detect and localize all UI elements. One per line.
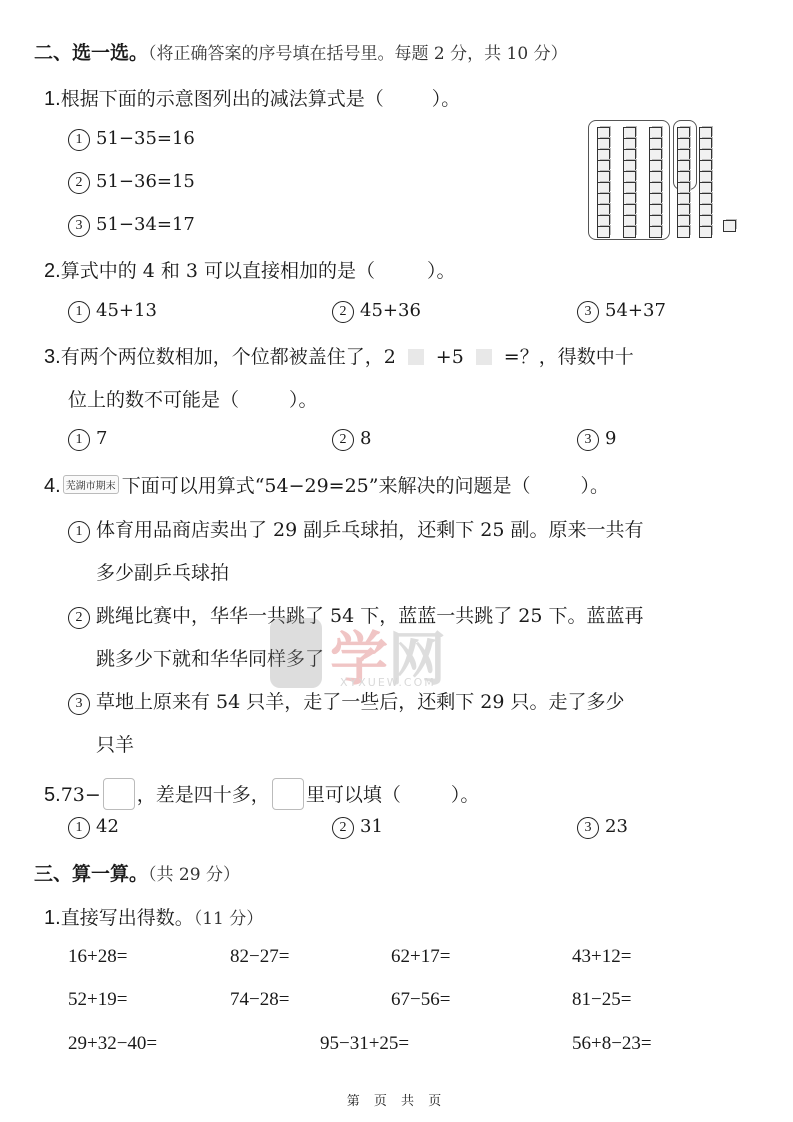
q5-option-3[interactable]: 323 — [577, 816, 628, 839]
calc-item[interactable]: 95−31+25= — [320, 1033, 409, 1055]
q4-option-1-line2: 多少副乒乓球拍 — [96, 558, 229, 585]
q2-option-1[interactable]: 145+13 — [68, 300, 157, 323]
option-text: 草地上原来有 54 只羊，走了一些后，还剩下 29 只。走了多少 — [96, 691, 625, 713]
circled-number-icon: 1 — [68, 521, 90, 543]
q3-option-3[interactable]: 39 — [577, 428, 616, 451]
ten-rod — [649, 127, 662, 237]
q1-option-3[interactable]: 351−34=17 — [68, 214, 195, 237]
section-title: 二、选一选。 — [34, 42, 148, 64]
calc-item[interactable]: 29+32−40= — [68, 1033, 157, 1055]
question-3: 3.有两个两位数相加，个位都被盖住了，2+5=？，得数中十 — [44, 342, 634, 369]
option-text: 51−34=17 — [96, 214, 195, 235]
question-close: ）。 — [451, 784, 480, 806]
calc-item[interactable]: 82−27= — [230, 946, 289, 968]
q5-option-2[interactable]: 231 — [332, 816, 383, 839]
circled-number-icon: 3 — [68, 215, 90, 237]
question-close: ）。 — [427, 260, 456, 282]
q3-option-1[interactable]: 17 — [68, 428, 107, 451]
q1-option-1[interactable]: 151−35=16 — [68, 128, 195, 151]
circled-number-icon: 2 — [332, 429, 354, 451]
question-text: 73− — [61, 784, 101, 806]
question-note: （11 分） — [194, 909, 264, 929]
base-ten-blocks-diagram — [585, 117, 745, 242]
option-text: 45+36 — [360, 300, 421, 321]
question-4: 4.芜湖市期末下面可以用算式“54−29=25”来解决的问题是（）。 — [44, 471, 609, 498]
question-text: 根据下面的示意图列出的减法算式是（ — [61, 88, 384, 110]
section-2-heading: 二、选一选。（将正确答案的序号填在括号里。每题 2 分，共 10 分） — [34, 38, 568, 65]
calc-item[interactable]: 74−28= — [230, 989, 289, 1011]
calc-item[interactable]: 81−25= — [572, 989, 631, 1011]
question-text: 直接写出得数。 — [61, 907, 194, 929]
option-text: 7 — [96, 428, 107, 449]
ten-rod — [597, 127, 610, 237]
page-footer: 第 页 共 页 — [0, 1090, 793, 1109]
covered-digit-box — [476, 349, 492, 365]
ten-rod — [699, 127, 712, 237]
calc-item[interactable]: 67−56= — [391, 989, 450, 1011]
circled-number-icon: 3 — [68, 693, 90, 715]
question-number: 1. — [44, 88, 61, 110]
calc-question-1: 1.直接写出得数。（11 分） — [44, 903, 263, 930]
circled-number-icon: 3 — [577, 429, 599, 451]
question-close: ）。 — [581, 475, 610, 497]
circled-number-icon: 3 — [577, 301, 599, 323]
option-text: 45+13 — [96, 300, 157, 321]
question-number: 1. — [44, 907, 61, 929]
question-text: +5 — [436, 346, 464, 368]
section-3-heading: 三、算一算。（共 29 分） — [34, 859, 240, 886]
question-text: 有两个两位数相加，个位都被盖住了，2 — [61, 346, 396, 368]
option-text: 54+37 — [605, 300, 666, 321]
fill-in-box[interactable] — [103, 778, 135, 810]
q2-option-2[interactable]: 245+36 — [332, 300, 421, 323]
source-tag: 芜湖市期末 — [63, 475, 119, 494]
question-text: 下面可以用算式“54−29=25”来解决的问题是（ — [122, 475, 531, 497]
q4-option-2-line2: 跳多少下就和华华同样多了 — [96, 644, 324, 671]
q3-option-2[interactable]: 28 — [332, 428, 371, 451]
section-title: 三、算一算。 — [34, 863, 148, 885]
circled-number-icon: 1 — [68, 429, 90, 451]
option-text: 51−36=15 — [96, 171, 195, 192]
circled-number-icon: 1 — [68, 301, 90, 323]
option-text: 体育用品商店卖出了 29 副乒乓球拍，还剩下 25 副。原来一共有 — [96, 519, 644, 541]
q2-option-3[interactable]: 354+37 — [577, 300, 666, 323]
q4-option-2[interactable]: 2跳绳比赛中，华华一共跳了 54 下，蓝蓝一共跳了 25 下。蓝蓝再 — [68, 601, 644, 629]
circled-number-icon: 2 — [332, 301, 354, 323]
question-number: 4. — [44, 475, 61, 497]
question-5: 5.73−，差是四十多，里可以填（）。 — [44, 778, 479, 810]
calc-item[interactable]: 43+12= — [572, 946, 631, 968]
ten-rod — [677, 127, 690, 237]
option-text: 31 — [360, 816, 383, 837]
q4-option-3-line2: 只羊 — [96, 730, 134, 757]
calc-item[interactable]: 52+19= — [68, 989, 127, 1011]
question-number: 2. — [44, 260, 61, 282]
ten-rod — [623, 127, 636, 237]
circled-number-icon: 3 — [577, 817, 599, 839]
option-text: 9 — [605, 428, 616, 449]
q1-option-2[interactable]: 251−36=15 — [68, 171, 195, 194]
question-text: 位上的数不可能是（ — [68, 389, 239, 411]
question-number: 5. — [44, 784, 61, 806]
fill-in-box[interactable] — [272, 778, 304, 810]
option-text: 8 — [360, 428, 371, 449]
q5-option-1[interactable]: 142 — [68, 816, 119, 839]
calc-item[interactable]: 56+8−23= — [572, 1033, 652, 1055]
question-close: ）。 — [432, 88, 461, 110]
section-note: （共 29 分） — [148, 865, 240, 885]
calc-item[interactable]: 62+17= — [391, 946, 450, 968]
covered-digit-box — [408, 349, 424, 365]
circled-number-icon: 2 — [332, 817, 354, 839]
option-text: 51−35=16 — [96, 128, 195, 149]
question-2: 2.算式中的 4 和 3 可以直接相加的是（）。 — [44, 256, 456, 283]
option-text: 跳绳比赛中，华华一共跳了 54 下，蓝蓝一共跳了 25 下。蓝蓝再 — [96, 605, 644, 627]
section-note: （将正确答案的序号填在括号里。每题 2 分，共 10 分） — [148, 44, 568, 64]
question-close: ）。 — [289, 389, 318, 411]
circled-number-icon: 2 — [68, 607, 90, 629]
question-text: ，差是四十多， — [137, 784, 270, 806]
unit-cube — [723, 220, 736, 232]
q4-option-3[interactable]: 3草地上原来有 54 只羊，走了一些后，还剩下 29 只。走了多少 — [68, 687, 625, 715]
option-text: 42 — [96, 816, 119, 837]
question-number: 3. — [44, 346, 61, 368]
circled-number-icon: 1 — [68, 817, 90, 839]
question-1: 1.根据下面的示意图列出的减法算式是（）。 — [44, 84, 460, 111]
circled-number-icon: 2 — [68, 172, 90, 194]
question-text: 算式中的 4 和 3 可以直接相加的是（ — [61, 260, 375, 282]
calc-item[interactable]: 16+28= — [68, 946, 127, 968]
question-text: 里可以填（ — [306, 784, 401, 806]
q4-option-1[interactable]: 1体育用品商店卖出了 29 副乒乓球拍，还剩下 25 副。原来一共有 — [68, 515, 644, 543]
question-text: =？，得数中十 — [504, 346, 634, 368]
circled-number-icon: 1 — [68, 129, 90, 151]
question-3-line2: 位上的数不可能是（）。 — [68, 385, 318, 412]
option-text: 23 — [605, 816, 628, 837]
